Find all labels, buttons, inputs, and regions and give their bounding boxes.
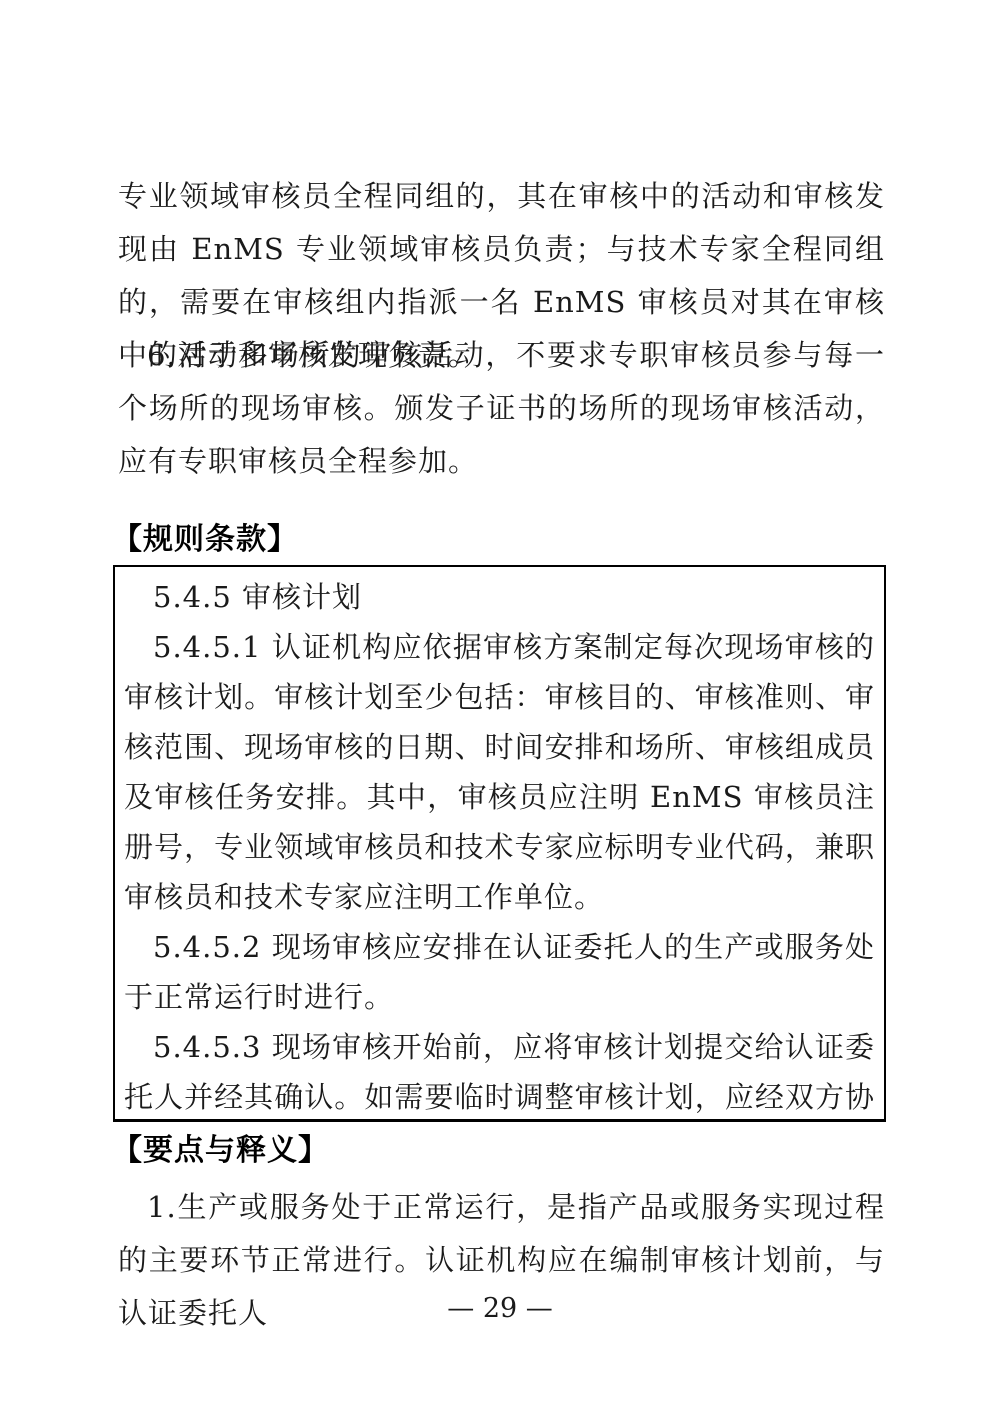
rule-clause-545-title: 5.4.5 审核计划 [124,572,875,622]
page-footer: — 29 — [0,1293,1000,1325]
keypoints-section-heading: 【要点与释义】 [112,1133,329,1169]
document-page: 专业领域审核员全程同组的，其在审核中的活动和审核发现由 EnMS 专业领域审核员… [0,0,1000,1414]
page-number: — 29 — [447,1293,553,1324]
rule-clause-5452: 5.4.5.2 现场审核应安排在认证委托人的生产或服务处于正常运行时进行。 [124,922,875,1022]
intro-paragraph-item-6: 6.对于多场所的审核活动，不要求专职审核员参与每一个场所的现场审核。颁发子证书的… [118,329,885,488]
rule-clause-box: 5.4.5 审核计划 5.4.5.1 认证机构应依据审核方案制定每次现场审核的审… [113,565,886,1122]
rule-clause-5451: 5.4.5.1 认证机构应依据审核方案制定每次现场审核的审核计划。审核计划至少包… [124,622,875,922]
rule-section-heading: 【规则条款】 [112,522,298,558]
rule-clause-5453: 5.4.5.3 现场审核开始前，应将审核计划提交给认证委托人并经其确认。如需要临… [124,1022,875,1122]
